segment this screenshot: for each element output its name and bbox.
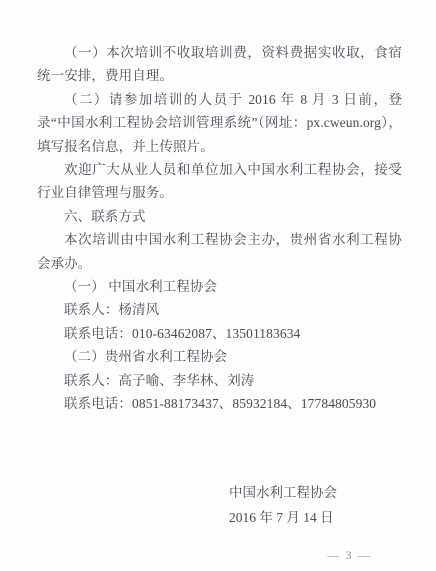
paragraph-organizers: 本次培训由中国水利工程协会主办，贵州省水利工程协会承办。: [37, 228, 402, 275]
heading-organization-1: （一） 中国水利工程协会: [37, 275, 402, 298]
heading-organization-2: （二）贵州省水利工程协会: [37, 345, 402, 368]
contact-phone-2: 联系电话：0851-88173437、85932184、17784805930: [37, 392, 402, 415]
document-body: （一）本次培训不收取培训费，资料费据实收取，食宿统一安排，费用自理。 （二）请参…: [37, 41, 402, 416]
signature-date: 2016 年 7 月 14 日: [229, 505, 402, 530]
contact-phone-1: 联系电话：010-63462087、13501183634: [37, 322, 402, 345]
contact-person-1: 联系人：杨清风: [37, 298, 402, 321]
page-number: — 3 —: [328, 550, 373, 562]
heading-contact-section: 六、联系方式: [37, 205, 402, 228]
paragraph-fee-note: （一）本次培训不收取培训费，资料费据实收取，食宿统一安排，费用自理。: [37, 41, 402, 88]
signature-block: 中国水利工程协会 2016 年 7 月 14 日: [229, 480, 402, 530]
contact-person-2: 联系人：高子喻、李华林、刘涛: [37, 369, 402, 392]
document-page: （一）本次培训不收取培训费，资料费据实收取，食宿统一安排，费用自理。 （二）请参…: [0, 0, 436, 571]
paragraph-welcome: 欢迎广大从业人员和单位加入中国水利工程协会，接受行业自律管理与服务。: [37, 158, 402, 205]
signature-organization: 中国水利工程协会: [229, 480, 402, 505]
paragraph-registration: （二）请参加培训的人员于 2016 年 8 月 3 日前，登录“中国水利工程协会…: [37, 88, 402, 158]
